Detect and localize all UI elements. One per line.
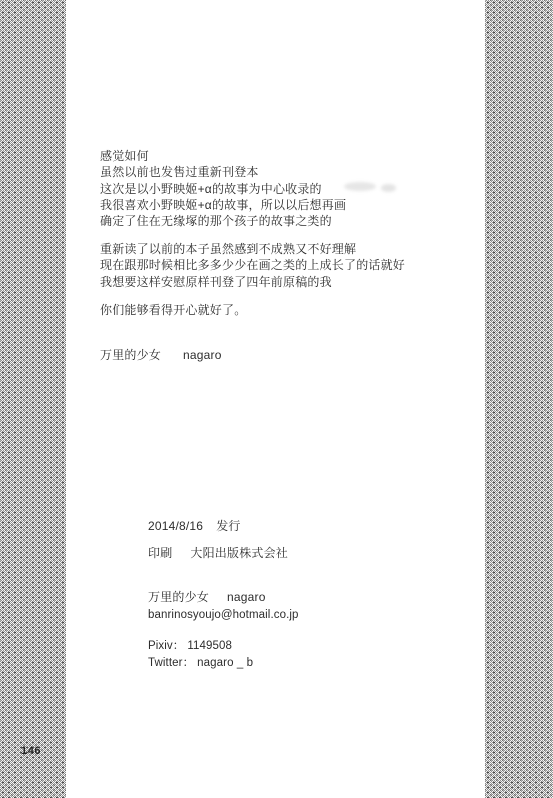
colophon-printing-line: 印刷大阳出版株式会社 xyxy=(148,531,288,561)
afterword-closing-line: 你们能够看得开心就好了。 xyxy=(100,302,246,318)
twitter-id: nagaro _ b xyxy=(197,657,253,669)
printing-company: 大阳出版株式会社 xyxy=(190,546,288,560)
afterword-paragraph-1: 感觉如何 虽然以前也发售过重新刊登本 这次是以小野映姬+α的故事为中心收录的 我… xyxy=(100,148,346,229)
circle-name: 万里的少女 xyxy=(100,348,161,362)
author-name: nagaro xyxy=(227,590,266,604)
circle-name: 万里的少女 xyxy=(148,590,209,604)
left-edge-screentone xyxy=(0,0,66,798)
scan-smudge xyxy=(344,182,376,191)
right-edge-screentone xyxy=(485,0,553,798)
contact-email: banrinosyoujo@hotmail.co.jp xyxy=(148,608,299,623)
colophon-circle-line: 万里的少女nagaro xyxy=(148,575,266,605)
contact-twitter-line: Twitter：nagaro _ b xyxy=(148,641,253,671)
twitter-label: Twitter： xyxy=(148,657,194,669)
page-number: 146 xyxy=(21,745,41,757)
printing-label: 印刷 xyxy=(148,546,172,560)
scanned-afterword-page: 感觉如何 虽然以前也发售过重新刊登本 这次是以小野映姬+α的故事为中心收录的 我… xyxy=(0,0,553,798)
afterword-signature: 万里的少女nagaro xyxy=(100,331,222,364)
colophon-issue-line: 2014/8/16发行 xyxy=(148,504,241,534)
author-name: nagaro xyxy=(183,348,222,362)
scan-smudge xyxy=(381,184,396,192)
afterword-paragraph-2: 重新读了以前的本子虽然感到不成熟又不好理解 现在跟那时候相比多多少少在画之类的上… xyxy=(100,241,405,290)
